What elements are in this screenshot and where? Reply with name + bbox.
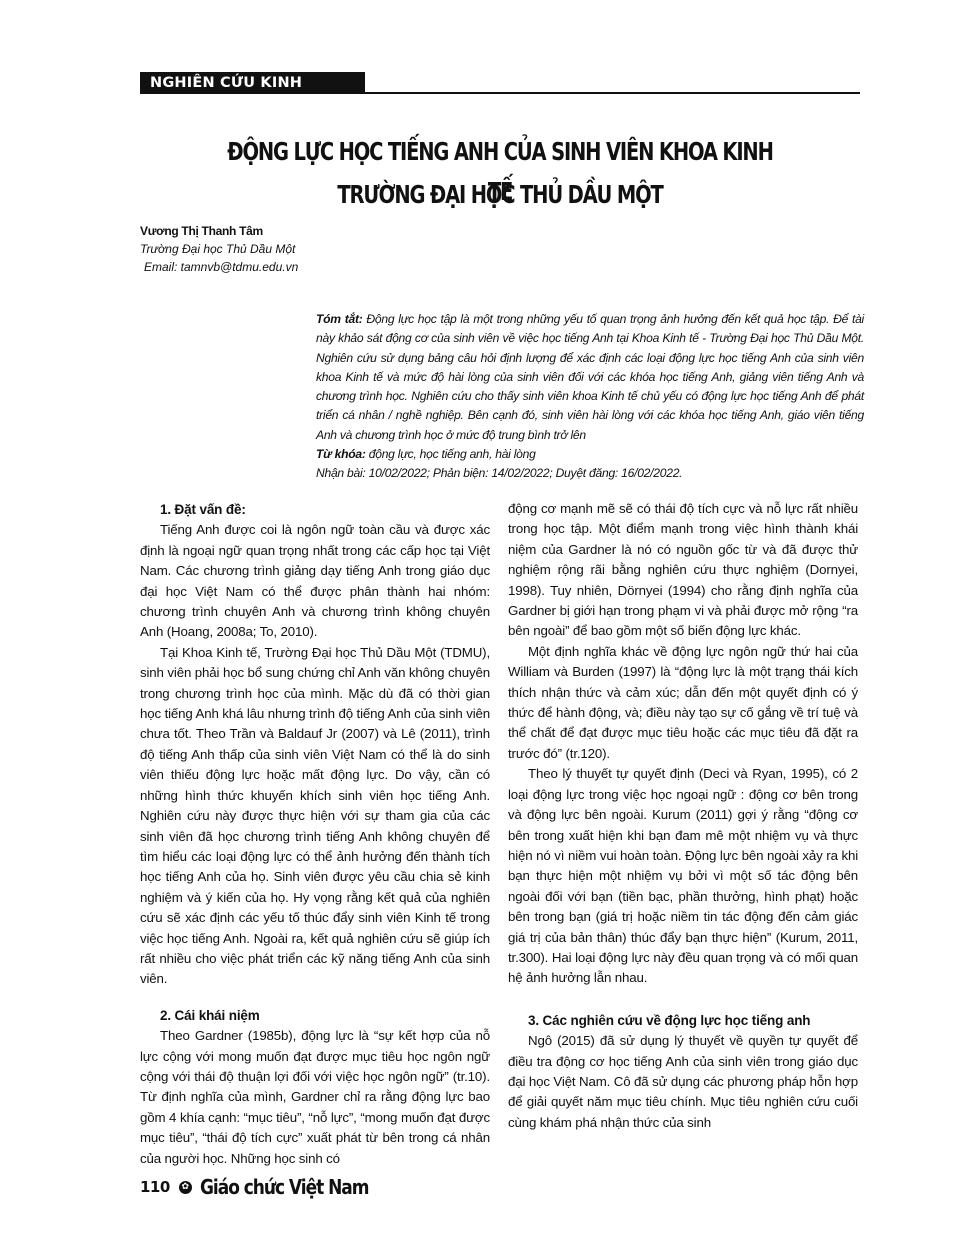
abstract-text: Động lực học tập là một trong những yếu … [316, 312, 864, 442]
star-bullet-icon: ✿ [179, 1181, 192, 1194]
body-column-left: 1. Đặt vấn đề: Tiếng Anh được coi là ngô… [140, 500, 490, 1169]
article-title-line2: TRƯỜNG ĐẠI HỌC THỦ DẦU MỘT [219, 175, 781, 215]
section-2-paragraph-1: Theo Gardner (1985b), động lực là “sự kế… [140, 1026, 490, 1169]
section-2-heading: 2. Cái khái niệm [140, 1006, 490, 1026]
author-affiliation: Trường Đại học Thủ Dầu Một [140, 240, 298, 258]
magazine-name: Giáo chức Việt Nam [200, 1174, 368, 1200]
keywords-label: Từ khóa: [316, 447, 366, 461]
section-rule-divider [365, 92, 860, 94]
author-email[interactable]: Email: tamnvb@tdmu.edu.vn [140, 258, 298, 276]
abstract-label: Tóm tắt: [316, 312, 363, 326]
author-block: Vương Thị Thanh Tâm Trường Đại học Thủ D… [140, 222, 298, 276]
keywords-line: Từ khóa: động lực, học tiếng anh, hài lò… [316, 445, 864, 464]
submission-dates: Nhận bài: 10/02/2022; Phản biện: 14/02/2… [316, 464, 864, 483]
abstract-paragraph: Tóm tắt: Động lực học tập là một trong n… [316, 310, 864, 445]
section-3-paragraph-1: Ngô (2015) đã sử dụng lý thuyết về quyền… [508, 1031, 858, 1133]
section-1-paragraph-1: Tiếng Anh được coi là ngôn ngữ toàn cầu … [140, 520, 490, 642]
keywords-text: động lực, học tiếng anh, hài lòng [366, 447, 536, 461]
section-2-paragraph-2: Một định nghĩa khác về động lực ngôn ngữ… [508, 642, 858, 764]
abstract-block: Tóm tắt: Động lực học tập là một trong n… [316, 310, 864, 484]
body-column-right: động cơ mạnh mẽ sẽ có thái độ tích cực v… [508, 499, 858, 1133]
spacer [508, 989, 858, 1011]
spacer [140, 990, 490, 1006]
section-label: NGHIÊN CỨU KINH NGHIỆM [140, 72, 365, 94]
author-name: Vương Thị Thanh Tâm [140, 222, 298, 240]
page-footer: 110 ✿ Giáo chức Việt Nam [140, 1174, 398, 1200]
section-2-paragraph-1-continued: động cơ mạnh mẽ sẽ có thái độ tích cực v… [508, 499, 858, 642]
page-number: 110 [140, 1174, 170, 1200]
section-1-paragraph-2: Tại Khoa Kinh tế, Trường Đại học Thủ Dầu… [140, 643, 490, 990]
section-3-heading: 3. Các nghiên cứu về động lực học tiếng … [508, 1011, 858, 1031]
section-2-paragraph-3: Theo lý thuyết tự quyết định (Deci và Ry… [508, 764, 858, 988]
section-1-heading: 1. Đặt vấn đề: [140, 500, 490, 520]
